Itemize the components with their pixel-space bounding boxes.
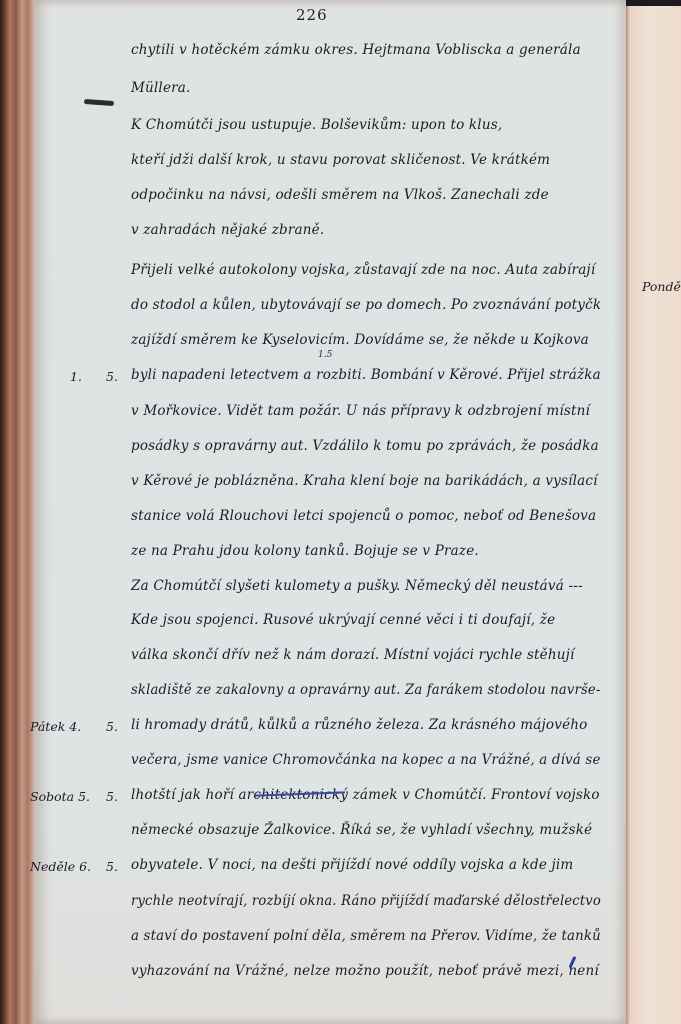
text-line: Kde jsou spojenci. Rusové ukrývají cenné…: [131, 612, 555, 628]
text-line: stanice volá Rlouchovi letci spojenců o …: [131, 508, 596, 524]
text-line: válka skončí dřív než k nám dorazí. Míst…: [131, 647, 575, 663]
text-line: obyvatele. V noci, na dešti přijíždí nov…: [131, 857, 573, 873]
text-line: Za Chomútčí slyšeti kulomety a pušky. Ně…: [131, 578, 583, 594]
text-line: do stodol a kůlen, ubytovávají se po dom…: [131, 297, 601, 313]
text-line: rychle neotvírají, rozbíjí okna. Ráno př…: [131, 893, 601, 909]
text-line: německé obsazuje Žalkovice. Říká se, že …: [131, 822, 592, 838]
margin-date-label: Pátek 4.: [30, 719, 81, 734]
text-line: li hromady drátů, kůlků a různého železa…: [131, 717, 588, 733]
margin-date-label: Neděle 6.: [30, 859, 91, 874]
margin-date-label: 1.: [70, 369, 82, 384]
margin-month: 5.: [106, 789, 118, 804]
text-line: chytili v hotěckém zámku okres. Hejtmana…: [131, 42, 581, 58]
text-line: v Kěrové je poblázněna. Kraha klení boje…: [131, 473, 598, 489]
text-line: v zahradách nějaké zbraně.: [131, 222, 324, 238]
manuscript-text: chytili v hotěckém zámku okres. Hejtmana…: [0, 0, 681, 1024]
superscript-note: 1.5: [318, 350, 332, 360]
text-line: a staví do postavení polní děla, směrem …: [131, 928, 601, 944]
text-line: večera, jsme vanice Chromovčánka na kope…: [131, 752, 601, 768]
text-line: Přijeli velké autokolony vojska, zůstava…: [131, 262, 595, 278]
margin-month: 5.: [106, 859, 118, 874]
text-line: v Mořkovice. Vidět tam požár. U nás příp…: [131, 403, 590, 419]
margin-month: 5.: [106, 369, 118, 384]
text-line: posádky s opravárny aut. Vzdálilo k tomu…: [131, 438, 599, 454]
text-line: zajíždí směrem ke Kyselovicím. Dovídáme …: [131, 332, 589, 348]
margin-date-label: Sobota 5.: [30, 789, 90, 804]
text-line: odpočinku na návsi, odešli směrem na Vlk…: [131, 187, 549, 203]
text-line: vyhazování na Vrážné, nelze možno použít…: [131, 963, 599, 979]
text-line: ze na Prahu jdou kolony tanků. Bojuje se…: [131, 543, 479, 559]
text-line: K Chomútči jsou ustupuje. Bolševikům: up…: [131, 117, 502, 133]
text-line: Müllera.: [131, 80, 191, 96]
text-line: lhotští jak hoří architektonický zámek v…: [131, 787, 600, 803]
text-line: byli napadeni letectvem a rozbiti. Bombá…: [131, 367, 601, 383]
margin-month: 5.: [106, 719, 118, 734]
text-line: kteří jdži další krok, u stavu porovat s…: [131, 152, 550, 168]
text-line: skladiště ze zakalovny a opravárny aut. …: [131, 682, 601, 698]
